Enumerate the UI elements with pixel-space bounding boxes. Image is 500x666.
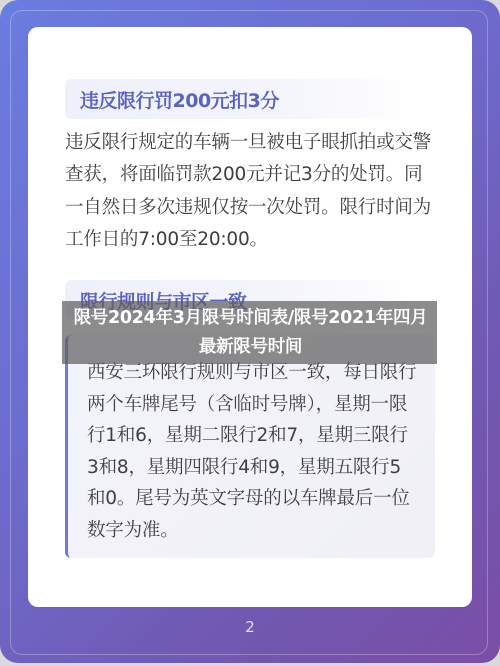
rules-note-box: 西安三环限行规则与市区一致，每日限行两个车牌尾号（含临时号牌），星期一限行1和6… xyxy=(65,335,435,558)
section-body-penalty: 违反限行规定的车辆一旦被电子眼抓拍或交警查获，将面临罚款200元并记3分的处罚。… xyxy=(65,127,437,256)
page-number: 2 xyxy=(0,618,500,636)
section-body-rules: 西安三环限行规则与市区一致，每日限行两个车牌尾号（含临时号牌），星期一限行1和6… xyxy=(87,357,417,546)
section-heading-text: 违反限行罚200元扣3分 xyxy=(80,86,279,113)
title-overlay-banner: 限号2024年3月限号时间表/限号2021年四月最新限号时间 xyxy=(62,301,437,364)
overlay-title: 限号2024年3月限号时间表/限号2021年四月最新限号时间 xyxy=(70,304,431,362)
page-card: 违反限行罚200元扣3分 违反限行规定的车辆一旦被电子眼抓拍或交警查获，将面临罚… xyxy=(0,0,500,663)
section-heading-penalty: 违反限行罚200元扣3分 xyxy=(65,79,422,119)
